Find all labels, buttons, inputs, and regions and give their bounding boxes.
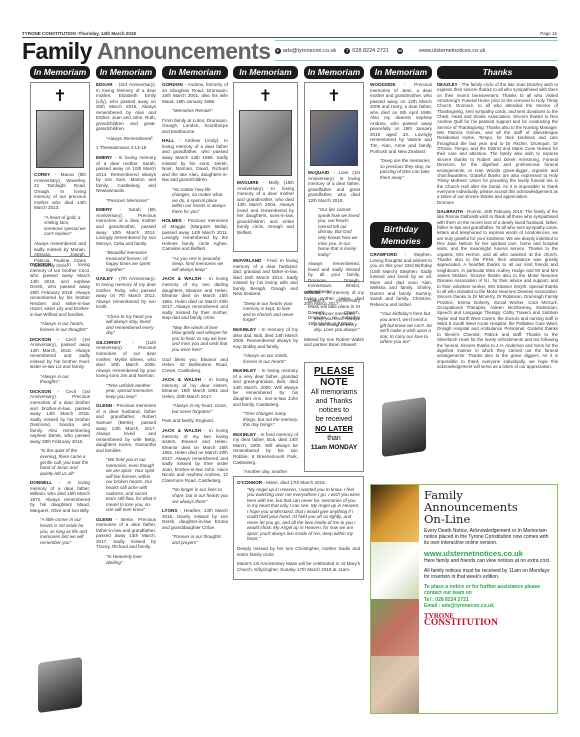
section-header-in-memoriam-5: In Memoriam bbox=[304, 66, 364, 79]
masthead-bar: TYRONE CONSTITUTION -Thursday, 14th Marc… bbox=[22, 30, 557, 38]
mcquaid-memoriam-box: ✝ McQUAID - Liam (1st Anniversary). In l… bbox=[304, 82, 364, 282]
column-2-entries: EDGAR - (3rd Anniversary). In loving mem… bbox=[96, 82, 156, 569]
entry-verse: "A heart of gold, a smiling face, someon… bbox=[34, 215, 86, 237]
column-1-entries: DICKSON - In loving memory of our brothe… bbox=[30, 262, 90, 549]
column-3-entries: GORDON - Andrew, formerly of 34 Sloughan… bbox=[162, 82, 228, 549]
woodside-entry: WOODSIDE - Precious memories of Jean, a … bbox=[370, 82, 432, 184]
paper-dateline: TYRONE CONSTITUTION -Thursday, 14th Marc… bbox=[22, 31, 136, 36]
section-header-thanks: Thanks bbox=[437, 66, 558, 79]
ad-image-strip bbox=[371, 485, 419, 713]
ad-email[interactable]: Email : ads@tyronecon.co.uk bbox=[424, 603, 552, 609]
walsh-entry: WALSH - In memory of my loving mother, H… bbox=[304, 290, 364, 352]
bible-icon bbox=[382, 397, 426, 457]
section-header-in-memoriam-4: In Memoriam bbox=[233, 66, 298, 79]
maguire-memoriam-box: ✝ MAGUIRE - Molly (15th Anniversary). In… bbox=[233, 82, 298, 252]
section-header-in-memoriam-1: In Memoriam bbox=[30, 66, 90, 79]
oconnor-memoriam-box: O'CONNOR - Marie, died 17th March 2018. … bbox=[233, 476, 364, 580]
bible-icon bbox=[38, 657, 82, 713]
embrace-image bbox=[371, 599, 419, 656]
candles-image bbox=[371, 485, 419, 542]
web-icon: W bbox=[397, 48, 403, 54]
section-header-in-memoriam-6: In Memoriam bbox=[370, 66, 432, 79]
page-title: Family Announcements bbox=[22, 40, 271, 62]
hands-image bbox=[371, 656, 419, 713]
ad-content: Family Announcements On-Line Every Death… bbox=[419, 485, 557, 713]
lily-image bbox=[371, 542, 419, 599]
ad-url-link[interactable]: www.ulsternetnotices.co.uk bbox=[424, 549, 552, 558]
email-contact[interactable]: Eads@tyronecon.co.uk bbox=[275, 48, 336, 54]
tyrone-constitution-logo: TYRONE CONSTITUTION bbox=[424, 613, 552, 627]
tel-contact[interactable]: T028 8224 2721 bbox=[344, 48, 389, 54]
page-number: Page 15 bbox=[540, 31, 557, 36]
please-note-box: PLEASE NOTE All memoriams and Thanks not… bbox=[304, 362, 364, 472]
title-announcements: Announcements bbox=[97, 38, 271, 64]
portrait-photo-corey bbox=[36, 110, 84, 168]
contact-bar: Eads@tyronecon.co.uk T028 8224 2721 W ww… bbox=[275, 48, 558, 54]
cross-icon: ✝ bbox=[308, 86, 360, 106]
section-header-in-memoriam-2: In Memoriam bbox=[96, 66, 156, 79]
email-icon: E bbox=[275, 48, 281, 54]
section-header-in-memoriam-3: In Memoriam bbox=[162, 66, 228, 79]
cross-icon: ✝ bbox=[34, 86, 86, 106]
ad-title: Family Announcements On-Line bbox=[424, 489, 552, 525]
section-header-birthday-memories: Birthday Memories bbox=[370, 222, 432, 248]
column-4-entries: McFARLAND - Fred. In loving memory of a … bbox=[233, 258, 298, 490]
portrait-photo-maguire bbox=[239, 110, 292, 176]
portrait-photo-mcquaid bbox=[310, 110, 358, 166]
phone-icon: T bbox=[344, 48, 350, 54]
entry-name: COREY bbox=[34, 172, 50, 177]
cross-icon: ✝ bbox=[237, 86, 294, 106]
thanks-entries: DEAZLEY - The family circle of the late … bbox=[437, 82, 558, 373]
corey-memoriam-box: ✝ COREY - Maura (6th Anniversary), Waver… bbox=[30, 82, 90, 257]
online-notices-ad[interactable]: Family Announcements On-Line Every Death… bbox=[370, 484, 558, 714]
web-link[interactable]: www.ulsternetnotices.co.uk bbox=[419, 48, 485, 54]
green-rule-top bbox=[275, 40, 558, 41]
green-rule-bottom bbox=[275, 60, 558, 61]
crawford-entry: CRAWFORD - Stephen. Loving thoughts and … bbox=[370, 252, 432, 349]
title-family: Family bbox=[22, 38, 92, 64]
